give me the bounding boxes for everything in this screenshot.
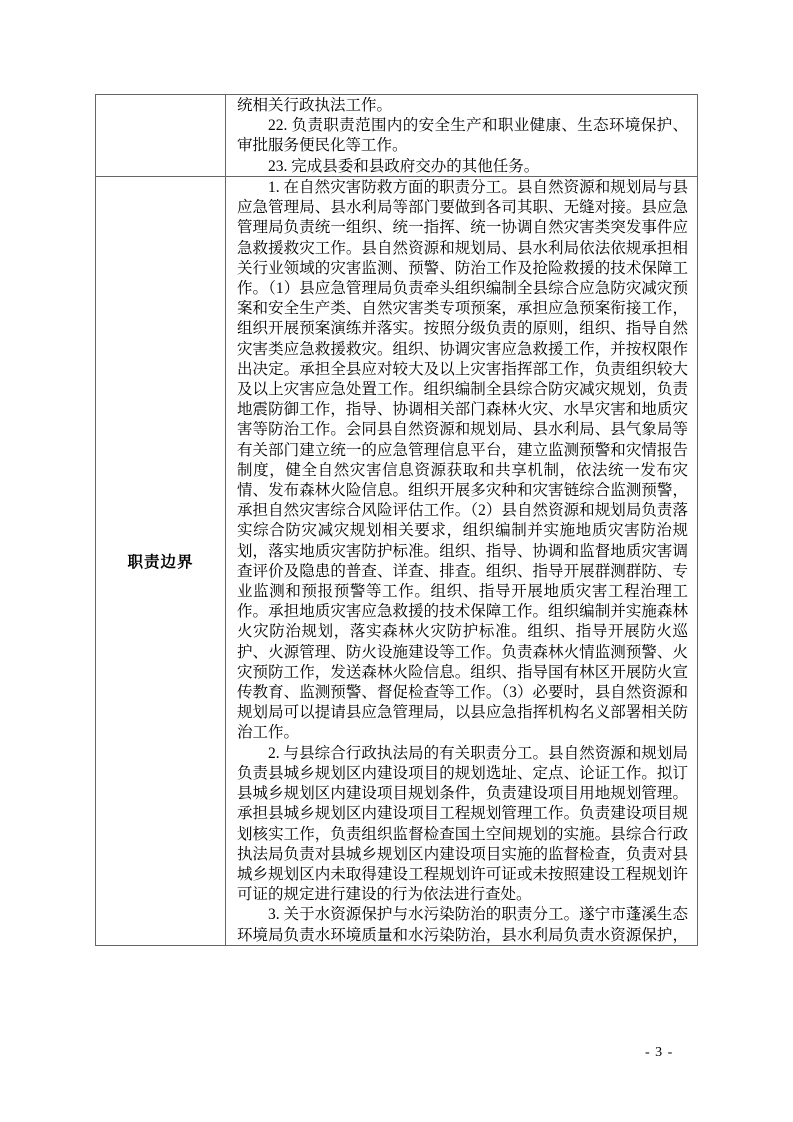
- responsibilities-table: 统相关行政执法工作。 22. 负责职责范围内的安全生产和职业健康、生态环境保护、…: [95, 94, 698, 946]
- row-header-cell: 职责边界: [96, 177, 226, 945]
- paragraph-item-1-disaster-prevention: 1. 在自然灾害防救方面的职责分工。县自然资源和规划局与县应急管理局、县水利局等…: [237, 178, 688, 744]
- paragraph-item-2-law-enforcement: 2. 与县综合行政执法局的有关职责分工。县自然资源和规划局负责县城乡规划区内建设…: [237, 744, 688, 906]
- row-content-cell: 1. 在自然灾害防救方面的职责分工。县自然资源和规划局与县应急管理局、县水利局等…: [226, 177, 697, 945]
- row-content-cell: 统相关行政执法工作。 22. 负责职责范围内的安全生产和职业健康、生态环境保护、…: [226, 95, 697, 176]
- document-page: 统相关行政执法工作。 22. 负责职责范围内的安全生产和职业健康、生态环境保护、…: [0, 0, 793, 1122]
- row-header-label: 职责边界: [127, 550, 193, 572]
- row-header-cell-empty: [96, 95, 226, 176]
- page-number: - 3 -: [645, 1045, 673, 1061]
- table-row-continuation: 统相关行政执法工作。 22. 负责职责范围内的安全生产和职业健康、生态环境保护、…: [96, 95, 697, 177]
- paragraph-item-22: 22. 负责职责范围内的安全生产和职业健康、生态环境保护、审批服务便民化等工作。: [237, 116, 688, 156]
- paragraph-item-23: 23. 完成县委和县政府交办的其他任务。: [237, 157, 688, 176]
- table-row-responsibility-boundary: 职责边界 1. 在自然灾害防救方面的职责分工。县自然资源和规划局与县应急管理局、…: [96, 177, 697, 945]
- paragraph-continuation: 统相关行政执法工作。: [237, 96, 688, 116]
- paragraph-item-3-water-resources: 3. 关于水资源保护与水污染防治的职责分工。遂宁市蓬溪生态环境局负责水环境质量和…: [237, 905, 688, 945]
